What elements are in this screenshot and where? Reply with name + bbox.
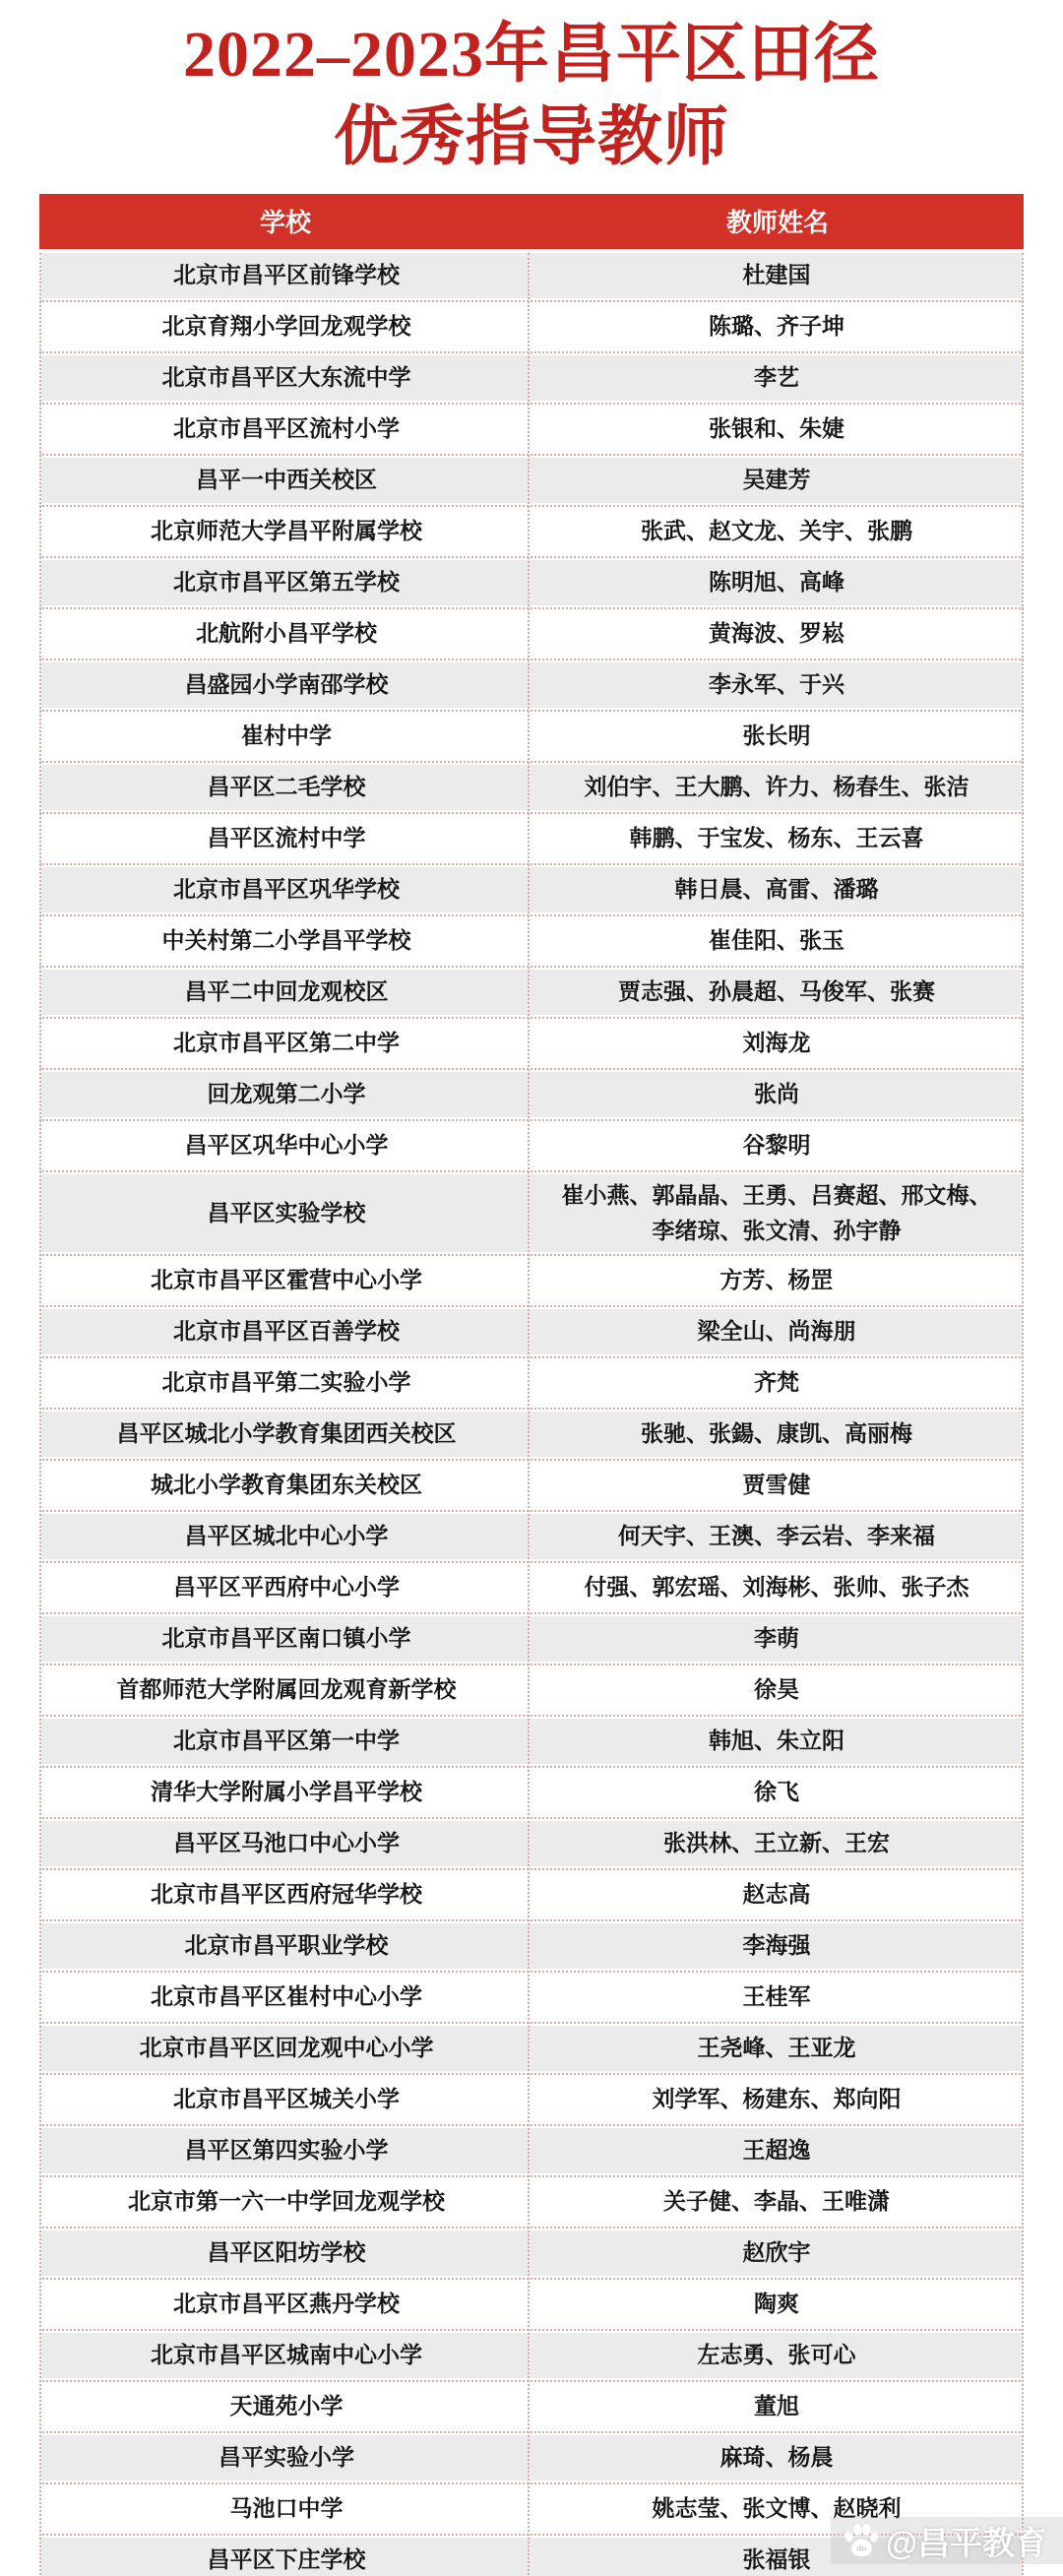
school-cell: 首都师范大学附属回龙观育新学校	[41, 1667, 531, 1713]
teacher-names-cell: 陶爽	[531, 2282, 1022, 2327]
teacher-names-cell: 赵志高	[531, 1872, 1022, 1917]
table-row: 昌平实验小学麻琦、杨晨	[41, 2435, 1022, 2481]
teacher-names-cell: 董旭	[531, 2384, 1022, 2429]
teacher-names-cell: 刘伯宇、王大鹏、许力、杨春生、张洁	[531, 765, 1022, 810]
school-cell: 北京市昌平区前锋学校	[41, 253, 531, 298]
school-cell: 昌平区巩华中心小学	[41, 1123, 531, 1168]
school-cell: 北京市昌平区城关小学	[41, 2077, 531, 2122]
school-cell: 昌平区二毛学校	[41, 765, 531, 810]
teacher-names-cell: 赵欣宇	[531, 2230, 1022, 2276]
table-row: 北航附小昌平学校黄海波、罗崧	[41, 611, 1022, 657]
table-row: 昌平区实验学校崔小燕、郭晶晶、王勇、吕赛超、邢文梅、李绪琼、张文清、孙宇静	[41, 1174, 1022, 1252]
school-cell: 昌平区城北中心小学	[41, 1514, 531, 1559]
teacher-names-cell: 梁全山、尚海朋	[531, 1309, 1022, 1354]
school-cell: 北京市昌平区西府冠华学校	[41, 1872, 531, 1917]
teacher-names-cell: 刘海龙	[531, 1021, 1022, 1066]
school-cell: 天通苑小学	[41, 2384, 531, 2429]
school-cell: 北京育翔小学回龙观学校	[41, 304, 531, 349]
page-title: 2022–2023年昌平区田径 优秀指导教师	[0, 0, 1063, 180]
school-cell: 北京市昌平职业学校	[41, 1923, 531, 1969]
table-row: 昌平区流村中学韩鹏、于宝发、杨东、王云喜	[41, 816, 1022, 861]
teacher-names-cell: 陈璐、齐子坤	[531, 304, 1022, 349]
table-row: 回龙观第二小学张尚	[41, 1072, 1022, 1117]
school-cell: 北京市昌平区百善学校	[41, 1309, 531, 1354]
table-row: 昌平区城北小学教育集团西关校区张驰、张鍚、康凯、高丽梅	[41, 1412, 1022, 1457]
teacher-names-cell: 张武、赵文龙、关宇、张鹏	[531, 509, 1022, 554]
column-header-school: 学校	[39, 203, 531, 239]
teacher-names-cell: 韩日晨、高雷、潘璐	[531, 867, 1022, 912]
page-title-line1: 2022–2023年昌平区田径	[0, 14, 1063, 96]
school-cell: 北京市昌平第二实验小学	[41, 1360, 531, 1406]
teacher-names-cell: 王超逸	[531, 2128, 1022, 2173]
teacher-names-cell: 李艺	[531, 355, 1022, 401]
table-row: 北京市昌平区百善学校梁全山、尚海朋	[41, 1309, 1022, 1354]
teacher-table: 学校 教师姓名 北京市昌平区前锋学校杜建国北京育翔小学回龙观学校陈璐、齐子坤北京…	[39, 194, 1024, 2576]
school-cell: 昌平区城北小学教育集团西关校区	[41, 1412, 531, 1457]
teacher-names-cell: 方芳、杨罡	[531, 1258, 1022, 1303]
school-cell: 北航附小昌平学校	[41, 611, 531, 657]
table-row: 北京市昌平区流村小学张银和、朱婕	[41, 407, 1022, 452]
teacher-names-cell: 吴建芳	[531, 458, 1022, 503]
school-cell: 北京市昌平区南口镇小学	[41, 1616, 531, 1662]
poster-page: 2022–2023年昌平区田径 优秀指导教师 学校 教师姓名 北京市昌平区前锋学…	[0, 0, 1063, 2576]
table-row: 北京市昌平区崔村中心小学王桂军	[41, 1975, 1022, 2020]
table-row: 昌平区城北中心小学何天宇、王澳、李云岩、李来福	[41, 1514, 1022, 1559]
table-row: 昌盛园小学南邵学校李永军、于兴	[41, 662, 1022, 708]
table-row: 北京市昌平区第一中学韩旭、朱立阳	[41, 1719, 1022, 1764]
table-row: 北京市昌平职业学校李海强	[41, 1923, 1022, 1969]
teacher-names-cell: 陈明旭、高峰	[531, 560, 1022, 605]
school-cell: 北京市昌平区燕丹学校	[41, 2282, 531, 2327]
school-cell: 北京市第一六一中学回龙观学校	[41, 2179, 531, 2225]
teacher-names-cell: 贾雪健	[531, 1463, 1022, 1508]
school-cell: 昌平区下庄学校	[41, 2538, 531, 2576]
table-row: 首都师范大学附属回龙观育新学校徐昊	[41, 1667, 1022, 1713]
school-cell: 昌平二中回龙观校区	[41, 970, 531, 1015]
baidu-paw-icon: du	[843, 2522, 880, 2559]
school-cell: 北京市昌平区第五学校	[41, 560, 531, 605]
svg-text:du: du	[856, 2544, 866, 2553]
school-cell: 北京师范大学昌平附属学校	[41, 509, 531, 554]
school-cell: 昌平实验小学	[41, 2435, 531, 2481]
teacher-names-cell: 崔小燕、郭晶晶、王勇、吕赛超、邢文梅、李绪琼、张文清、孙宇静	[531, 1174, 1022, 1252]
school-cell: 北京市昌平区流村小学	[41, 407, 531, 452]
school-cell: 昌盛园小学南邵学校	[41, 662, 531, 708]
school-cell: 北京市昌平区霍营中心小学	[41, 1258, 531, 1303]
watermark-text: @昌平教育	[886, 2518, 1047, 2564]
teacher-names-cell: 王尧峰、王亚龙	[531, 2026, 1022, 2071]
teacher-names-cell: 张尚	[531, 1072, 1022, 1117]
table-row: 北京市昌平区大东流中学李艺	[41, 355, 1022, 401]
table-row: 北京市昌平区回龙观中心小学王尧峰、王亚龙	[41, 2026, 1022, 2071]
teacher-names-cell: 张银和、朱婕	[531, 407, 1022, 452]
teacher-names-cell: 关子健、李晶、王唯潇	[531, 2179, 1022, 2225]
table-row: 北京市昌平区燕丹学校陶爽	[41, 2282, 1022, 2327]
table-body: 北京市昌平区前锋学校杜建国北京育翔小学回龙观学校陈璐、齐子坤北京市昌平区大东流中…	[39, 253, 1024, 2576]
teacher-names-cell: 麻琦、杨晨	[531, 2435, 1022, 2481]
table-row: 昌平区巩华中心小学谷黎明	[41, 1123, 1022, 1168]
table-row: 北京市昌平区城南中心小学左志勇、张可心	[41, 2333, 1022, 2378]
teacher-names-cell: 韩鹏、于宝发、杨东、王云喜	[531, 816, 1022, 861]
table-row: 北京市昌平区城关小学刘学军、杨建东、郑向阳	[41, 2077, 1022, 2122]
teacher-names-cell: 黄海波、罗崧	[531, 611, 1022, 657]
table-row: 北京市昌平区前锋学校杜建国	[41, 253, 1022, 298]
school-cell: 北京市昌平区第一中学	[41, 1719, 531, 1764]
teacher-names-cell: 何天宇、王澳、李云岩、李来福	[531, 1514, 1022, 1559]
teacher-names-cell: 付强、郭宏瑶、刘海彬、张帅、张子杰	[531, 1565, 1022, 1610]
school-cell: 北京市昌平区巩华学校	[41, 867, 531, 912]
column-header-teacher-names: 教师姓名	[531, 203, 1024, 239]
teacher-names-cell: 左志勇、张可心	[531, 2333, 1022, 2378]
school-cell: 昌平一中西关校区	[41, 458, 531, 503]
teacher-names-cell: 贾志强、孙晨超、马俊军、张赛	[531, 970, 1022, 1015]
table-row: 昌平区第四实验小学王超逸	[41, 2128, 1022, 2173]
table-row: 北京市第一六一中学回龙观学校关子健、李晶、王唯潇	[41, 2179, 1022, 2225]
school-cell: 城北小学教育集团东关校区	[41, 1463, 531, 1508]
watermark: du @昌平教育	[831, 2517, 1063, 2564]
table-row: 北京市昌平区巩华学校韩日晨、高雷、潘璐	[41, 867, 1022, 912]
table-row: 昌平区二毛学校刘伯宇、王大鹏、许力、杨春生、张洁	[41, 765, 1022, 810]
school-cell: 北京市昌平区大东流中学	[41, 355, 531, 401]
table-row: 北京市昌平第二实验小学齐梵	[41, 1360, 1022, 1406]
school-cell: 昌平区阳坊学校	[41, 2230, 531, 2276]
teacher-names-cell: 韩旭、朱立阳	[531, 1719, 1022, 1764]
school-cell: 崔村中学	[41, 714, 531, 759]
teacher-names-cell: 刘学军、杨建东、郑向阳	[531, 2077, 1022, 2122]
table-row: 昌平区马池口中心小学张洪林、王立新、王宏	[41, 1821, 1022, 1866]
table-row: 昌平二中回龙观校区贾志强、孙晨超、马俊军、张赛	[41, 970, 1022, 1015]
table-row: 北京市昌平区南口镇小学李萌	[41, 1616, 1022, 1662]
table-row: 北京市昌平区第二中学刘海龙	[41, 1021, 1022, 1066]
school-cell: 回龙观第二小学	[41, 1072, 531, 1117]
page-title-line2: 优秀指导教师	[0, 96, 1063, 179]
table-row: 北京师范大学昌平附属学校张武、赵文龙、关宇、张鹏	[41, 509, 1022, 554]
school-cell: 北京市昌平区崔村中心小学	[41, 1975, 531, 2020]
school-cell: 昌平区流村中学	[41, 816, 531, 861]
table-row: 城北小学教育集团东关校区贾雪健	[41, 1463, 1022, 1508]
school-cell: 北京市昌平区第二中学	[41, 1021, 531, 1066]
school-cell: 北京市昌平区城南中心小学	[41, 2333, 531, 2378]
table-header-row: 学校 教师姓名	[39, 194, 1024, 249]
school-cell: 昌平区第四实验小学	[41, 2128, 531, 2173]
teacher-names-cell: 杜建国	[531, 253, 1022, 298]
table-row: 北京市昌平区霍营中心小学方芳、杨罡	[41, 1258, 1022, 1303]
table-row: 北京育翔小学回龙观学校陈璐、齐子坤	[41, 304, 1022, 349]
teacher-names-cell: 齐梵	[531, 1360, 1022, 1406]
teacher-names-cell: 李永军、于兴	[531, 662, 1022, 708]
table-row: 清华大学附属小学昌平学校徐飞	[41, 1770, 1022, 1815]
teacher-names-cell: 张长明	[531, 714, 1022, 759]
school-cell: 马池口中学	[41, 2486, 531, 2532]
teacher-names-cell: 王桂军	[531, 1975, 1022, 2020]
teacher-names-cell: 崔佳阳、张玉	[531, 918, 1022, 964]
table-row: 天通苑小学董旭	[41, 2384, 1022, 2429]
table-row: 昌平区阳坊学校赵欣宇	[41, 2230, 1022, 2276]
table-row: 北京市昌平区第五学校陈明旭、高峰	[41, 560, 1022, 605]
teacher-names-cell: 谷黎明	[531, 1123, 1022, 1168]
school-cell: 昌平区马池口中心小学	[41, 1821, 531, 1866]
table-row: 崔村中学张长明	[41, 714, 1022, 759]
school-cell: 昌平区实验学校	[41, 1174, 531, 1252]
table-row: 北京市昌平区西府冠华学校赵志高	[41, 1872, 1022, 1917]
teacher-names-cell: 徐昊	[531, 1667, 1022, 1713]
school-cell: 北京市昌平区回龙观中心小学	[41, 2026, 531, 2071]
table-row: 昌平区平西府中心小学付强、郭宏瑶、刘海彬、张帅、张子杰	[41, 1565, 1022, 1610]
teacher-names-cell: 徐飞	[531, 1770, 1022, 1815]
teacher-names-cell: 张洪林、王立新、王宏	[531, 1821, 1022, 1866]
teacher-names-cell: 李海强	[531, 1923, 1022, 1969]
teacher-names-cell: 李萌	[531, 1616, 1022, 1662]
school-cell: 中关村第二小学昌平学校	[41, 918, 531, 964]
table-row: 中关村第二小学昌平学校崔佳阳、张玉	[41, 918, 1022, 964]
table-row: 昌平一中西关校区吴建芳	[41, 458, 1022, 503]
school-cell: 昌平区平西府中心小学	[41, 1565, 531, 1610]
teacher-names-cell: 张驰、张鍚、康凯、高丽梅	[531, 1412, 1022, 1457]
school-cell: 清华大学附属小学昌平学校	[41, 1770, 531, 1815]
